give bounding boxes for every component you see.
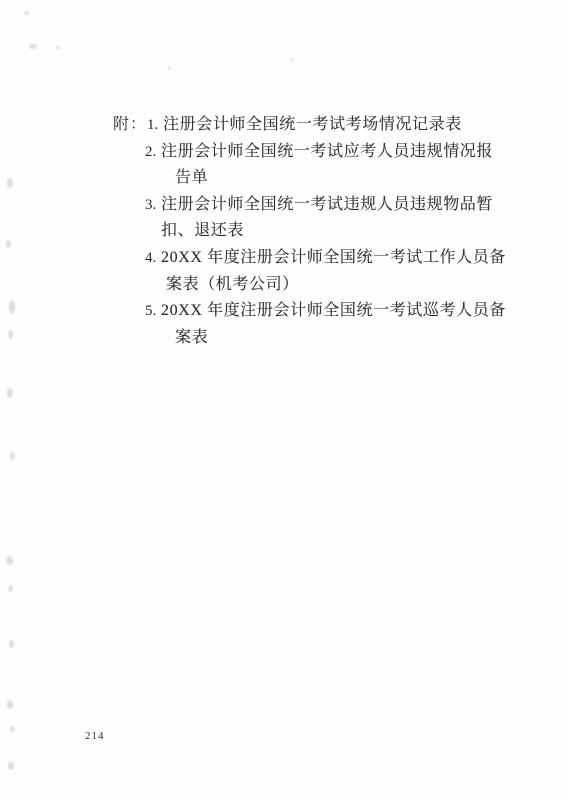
attachment-label: 附： <box>113 112 147 139</box>
scan-artifact <box>29 44 37 49</box>
attachment-item: 4. 20XX 年度注册会计师全国统一考试工作人员备 案表（机考公司） <box>113 245 513 298</box>
attachment-item-line: 扣、退还表 <box>161 218 513 245</box>
attachment-item-line: 20XX 年度注册会计师全国统一考试巡考人员备 <box>161 298 513 325</box>
document-page: 附： 1. 注册会计师全国统一考试考场情况记录表 2. 注册会计师全国统一考试应… <box>0 0 566 800</box>
attachment-item-line: 注册会计师全国统一考试考场情况记录表 <box>163 112 513 139</box>
attachment-item-line: 案表 <box>161 325 513 352</box>
scan-artifact <box>6 556 13 565</box>
scan-artifact <box>290 58 293 61</box>
scan-artifact <box>24 11 29 15</box>
attachment-item-number: 3. <box>145 192 161 219</box>
scan-artifact <box>7 178 13 188</box>
attachment-item-line: 案表（机考公司） <box>161 272 513 299</box>
scan-artifact <box>10 726 15 732</box>
attachment-item: 附： 1. 注册会计师全国统一考试考场情况记录表 <box>113 112 513 139</box>
scan-artifact <box>56 46 60 49</box>
scan-artifact <box>8 330 13 339</box>
scan-artifact <box>7 388 13 398</box>
attachment-item: 2. 注册会计师全国统一考试应考人员违规情况报 告单 <box>113 139 513 192</box>
scan-artifact <box>10 452 15 460</box>
scan-artifact <box>7 700 13 709</box>
scan-artifact <box>8 762 14 770</box>
attachment-item-number: 5. <box>145 298 161 325</box>
attachment-item-line: 告单 <box>161 165 513 192</box>
scan-artifact <box>6 240 11 248</box>
attachment-item-line: 20XX 年度注册会计师全国统一考试工作人员备 <box>161 245 513 272</box>
scan-artifact <box>9 300 15 314</box>
attachment-item: 5. 20XX 年度注册会计师全国统一考试巡考人员备 案表 <box>113 298 513 351</box>
attachment-item-line: 注册会计师全国统一考试应考人员违规情况报 <box>161 139 513 166</box>
attachment-item: 3. 注册会计师全国统一考试违规人员违规物品暂 扣、退还表 <box>113 192 513 245</box>
attachment-item-number: 1. <box>147 112 163 139</box>
attachment-item-number: 4. <box>145 245 161 272</box>
scan-artifact <box>8 585 13 592</box>
page-number: 214 <box>85 730 105 742</box>
attachment-list: 附： 1. 注册会计师全国统一考试考场情况记录表 2. 注册会计师全国统一考试应… <box>113 112 513 351</box>
scan-artifact <box>9 640 14 648</box>
attachment-item-line: 注册会计师全国统一考试违规人员违规物品暂 <box>161 192 513 219</box>
attachment-item-number: 2. <box>145 139 161 166</box>
scan-artifact <box>168 67 171 70</box>
